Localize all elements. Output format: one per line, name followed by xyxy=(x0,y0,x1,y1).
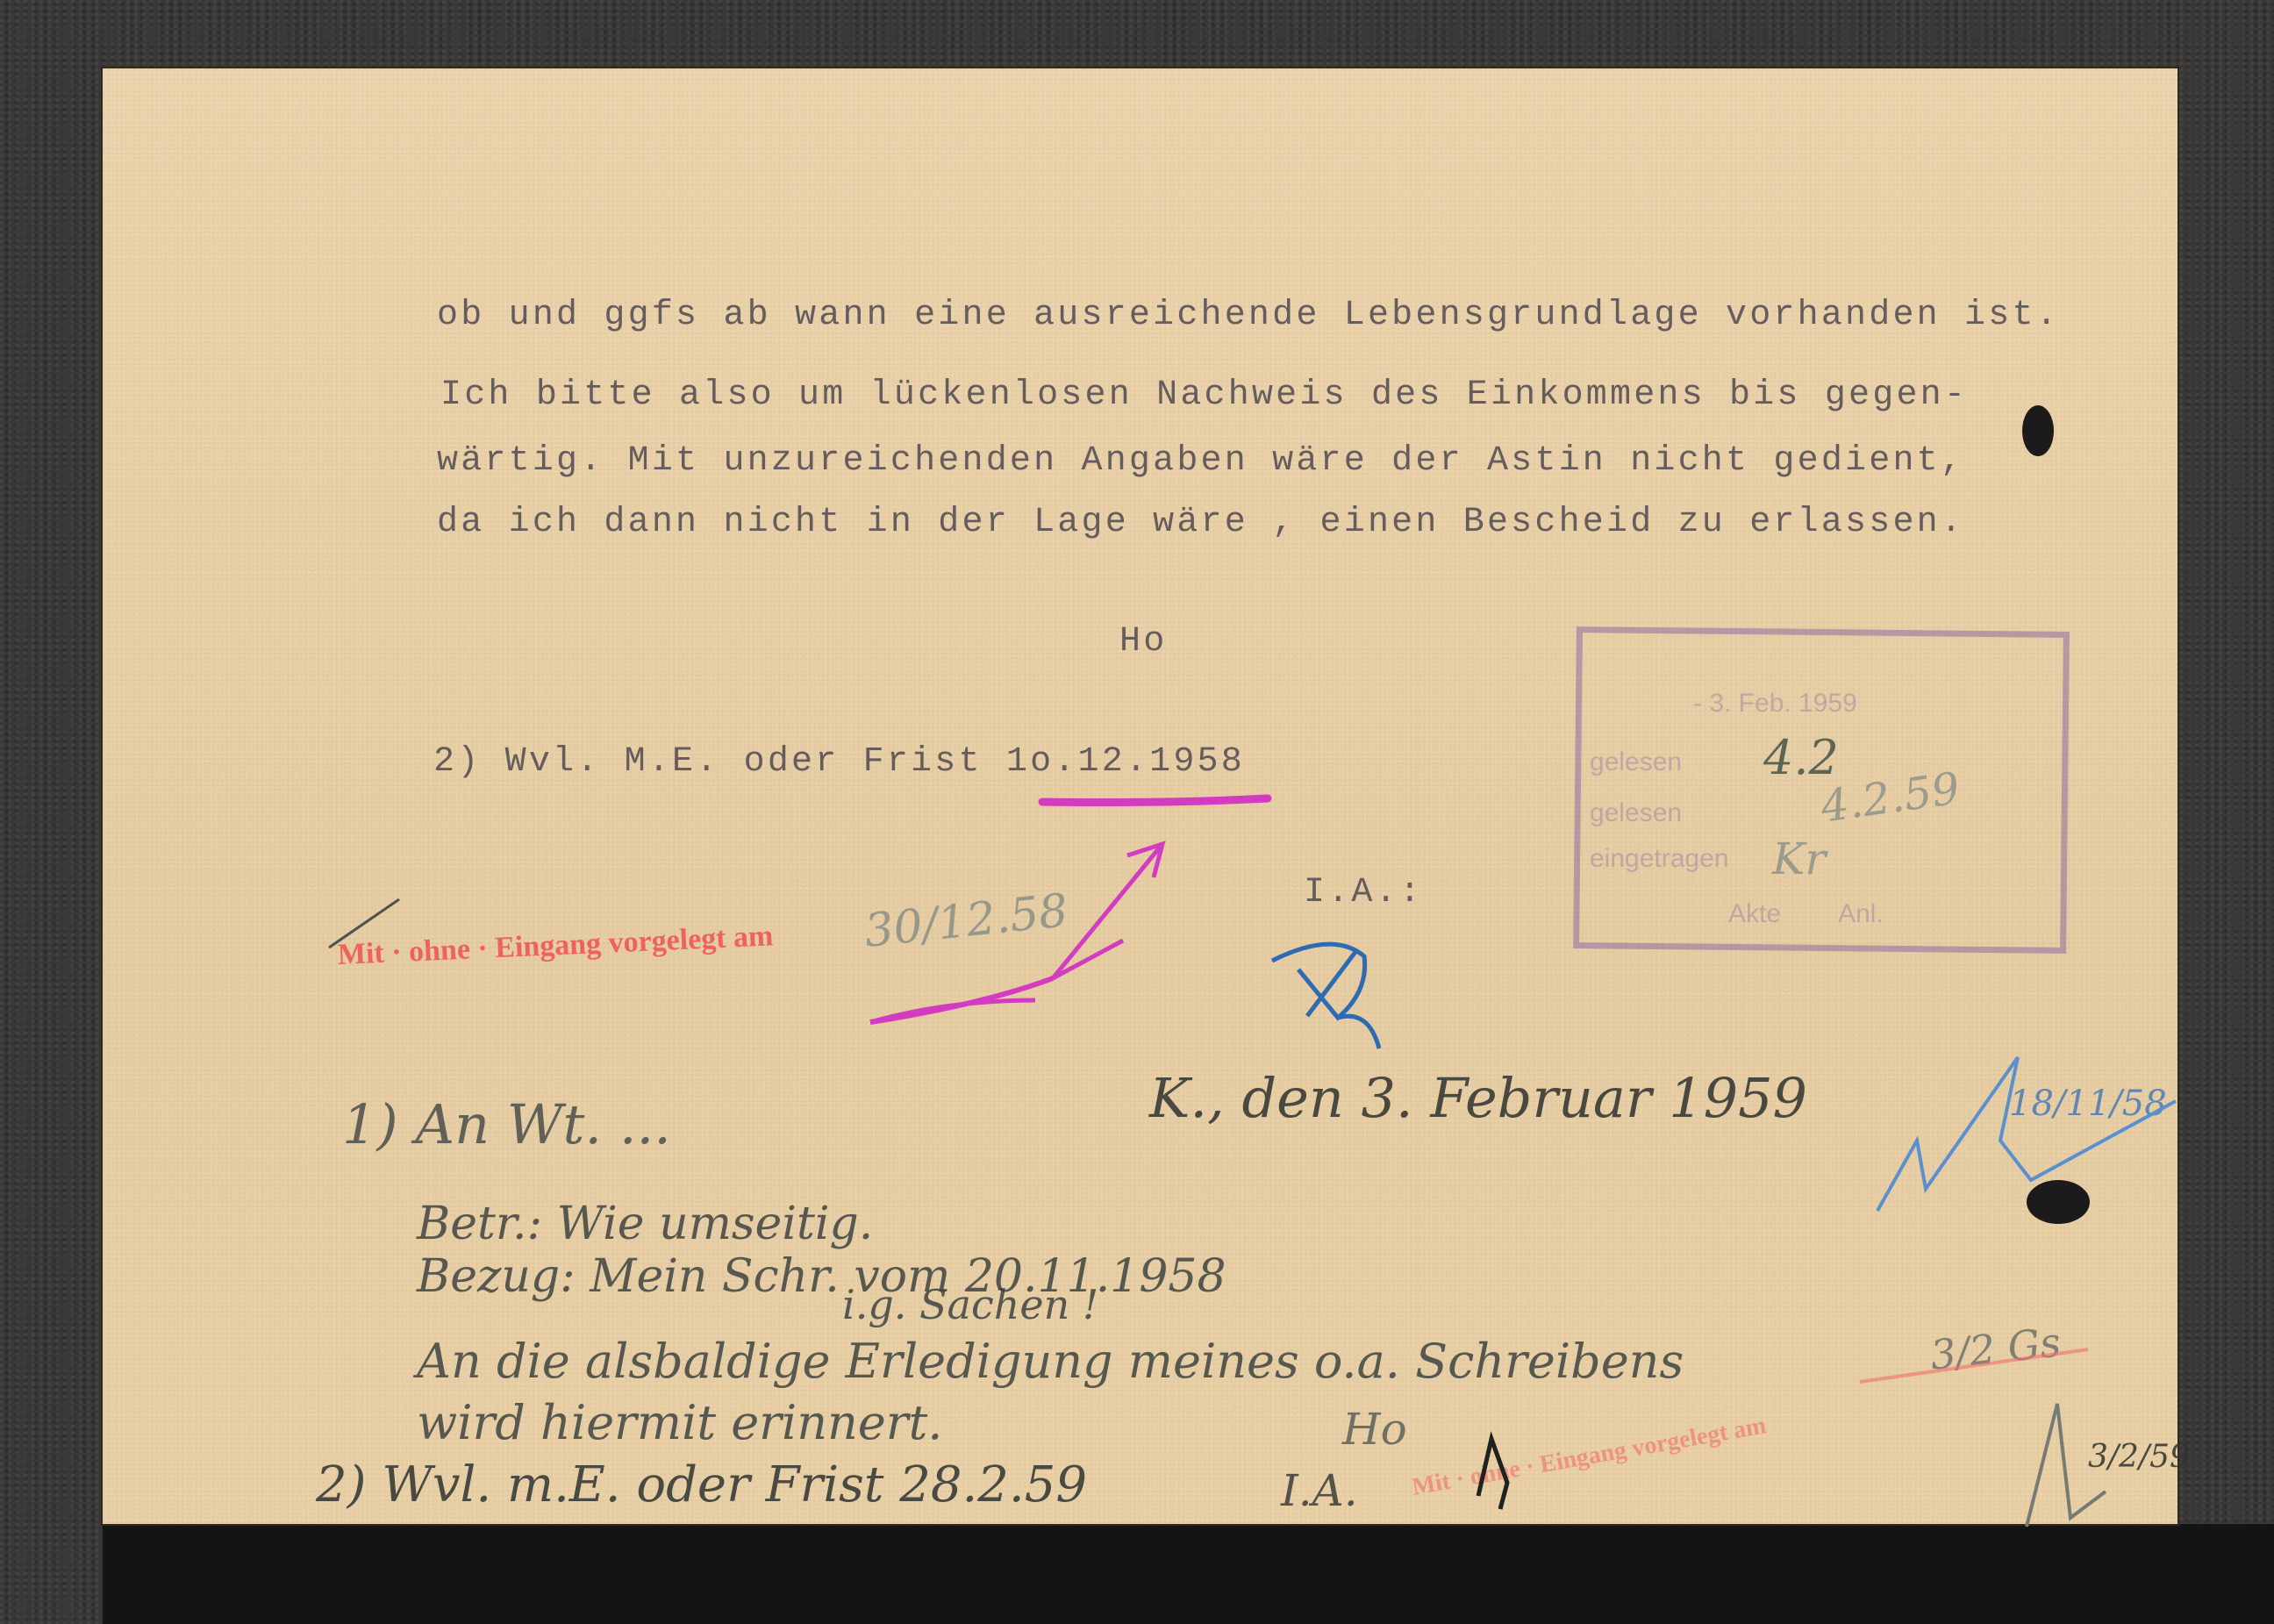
magenta-arrow-line xyxy=(1053,844,1162,978)
magenta-arrow-head-bottom xyxy=(1053,941,1123,978)
black-signature xyxy=(1478,1439,1507,1509)
blue-checkmark xyxy=(1877,1057,2176,1211)
gray-signature xyxy=(2027,1404,2106,1527)
annotation-strokes xyxy=(0,0,2274,1624)
red-faint-line xyxy=(1860,1349,2088,1382)
magenta-underline xyxy=(1042,798,1268,803)
pencil-strike xyxy=(329,899,399,948)
blue-signature xyxy=(1272,944,1379,1048)
